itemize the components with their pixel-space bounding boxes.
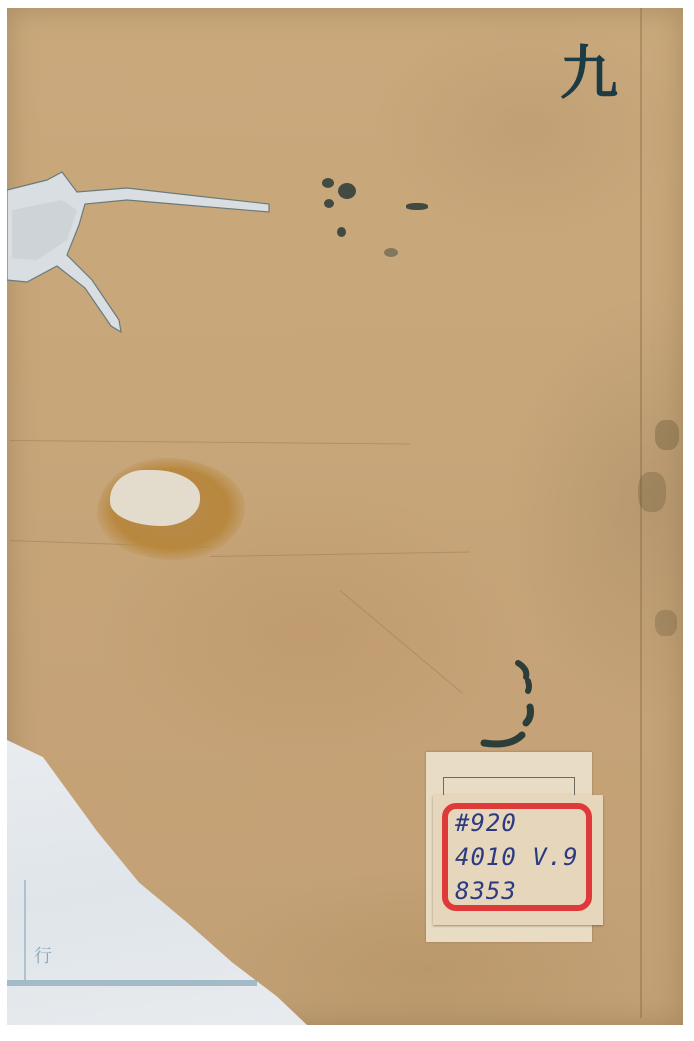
ink-spot — [338, 183, 356, 199]
ink-spot — [337, 227, 346, 237]
edge-wear — [655, 420, 679, 450]
call-number: #920 4010 V.9 8353 — [455, 806, 585, 908]
volume-number-mark: 九 — [560, 44, 618, 102]
backing-character: 行 — [34, 942, 52, 968]
ink-arc — [470, 655, 550, 755]
edge-wear — [655, 610, 677, 636]
binding-line — [640, 8, 642, 1018]
backing-border-line — [24, 880, 26, 980]
ink-spot — [322, 178, 334, 188]
call-number-line-2: 4010 V.9 — [455, 840, 585, 874]
paper-loss-patch — [110, 470, 200, 526]
call-number-line-1: #920 — [455, 806, 585, 840]
paper-tear — [7, 170, 277, 340]
edge-wear — [638, 472, 666, 512]
ink-spot — [406, 203, 428, 210]
call-number-line-3: 8353 — [455, 874, 585, 908]
ink-spot — [384, 248, 398, 257]
ink-spot — [324, 199, 334, 208]
backing-border-line — [7, 980, 257, 986]
